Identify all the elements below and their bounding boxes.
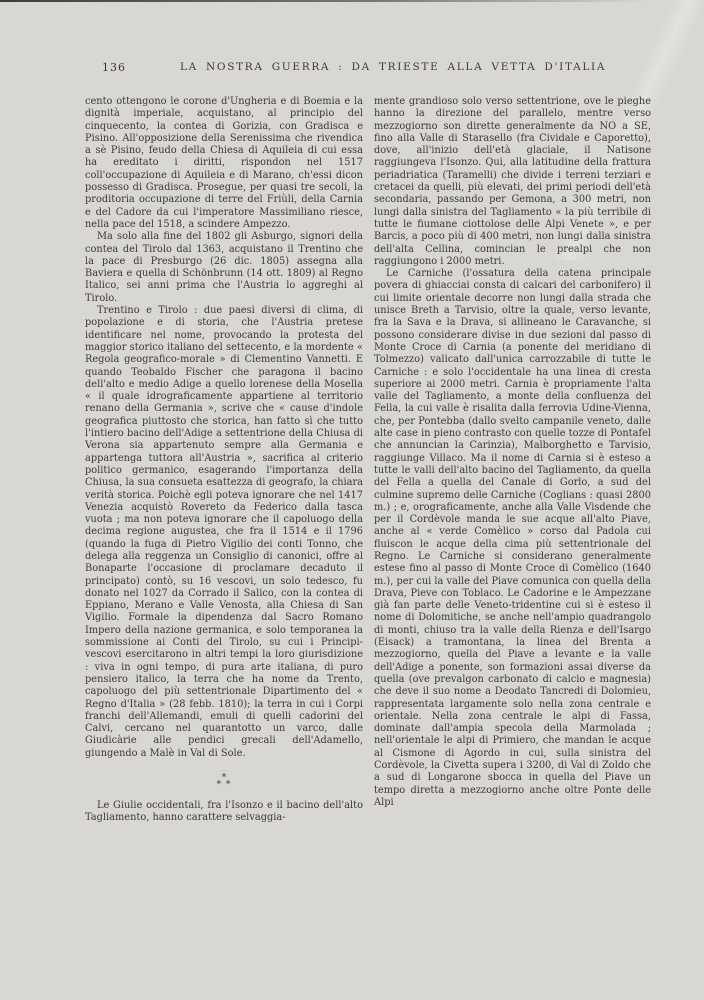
page-header: 136 LA NOSTRA GUERRA : DA TRIESTE ALLA V… — [85, 61, 651, 77]
paragraph: Le Carniche (l'ossatura della catena pri… — [374, 268, 651, 809]
asterism-bottom: * * — [85, 782, 363, 789]
paragraph-continuation: cento ottengono le corone d'Ungheria e d… — [85, 96, 363, 231]
right-column: mente grandioso solo verso settentrione,… — [374, 96, 651, 825]
paragraph: Ma solo alla fine del 1802 gli Asburgo, … — [85, 231, 363, 305]
paragraph-continuation: mente grandioso solo verso settentrione,… — [374, 96, 651, 268]
section-break-asterism: * * * — [85, 775, 363, 789]
paragraph: Trentino e Tirolo : due paesi diversi di… — [85, 305, 363, 760]
page-body: cento ottengono le corone d'Ungheria e d… — [85, 96, 651, 825]
scan-top-edge — [0, 0, 704, 2]
paragraph: Le Giulie occidentali, fra l'Isonzo e il… — [85, 800, 363, 825]
page-number: 136 — [102, 61, 126, 74]
scanned-book-page: 136 LA NOSTRA GUERRA : DA TRIESTE ALLA V… — [0, 0, 704, 1000]
running-title: LA NOSTRA GUERRA : DA TRIESTE ALLA VETTA… — [180, 61, 606, 73]
left-column: cento ottengono le corone d'Ungheria e d… — [85, 96, 363, 825]
